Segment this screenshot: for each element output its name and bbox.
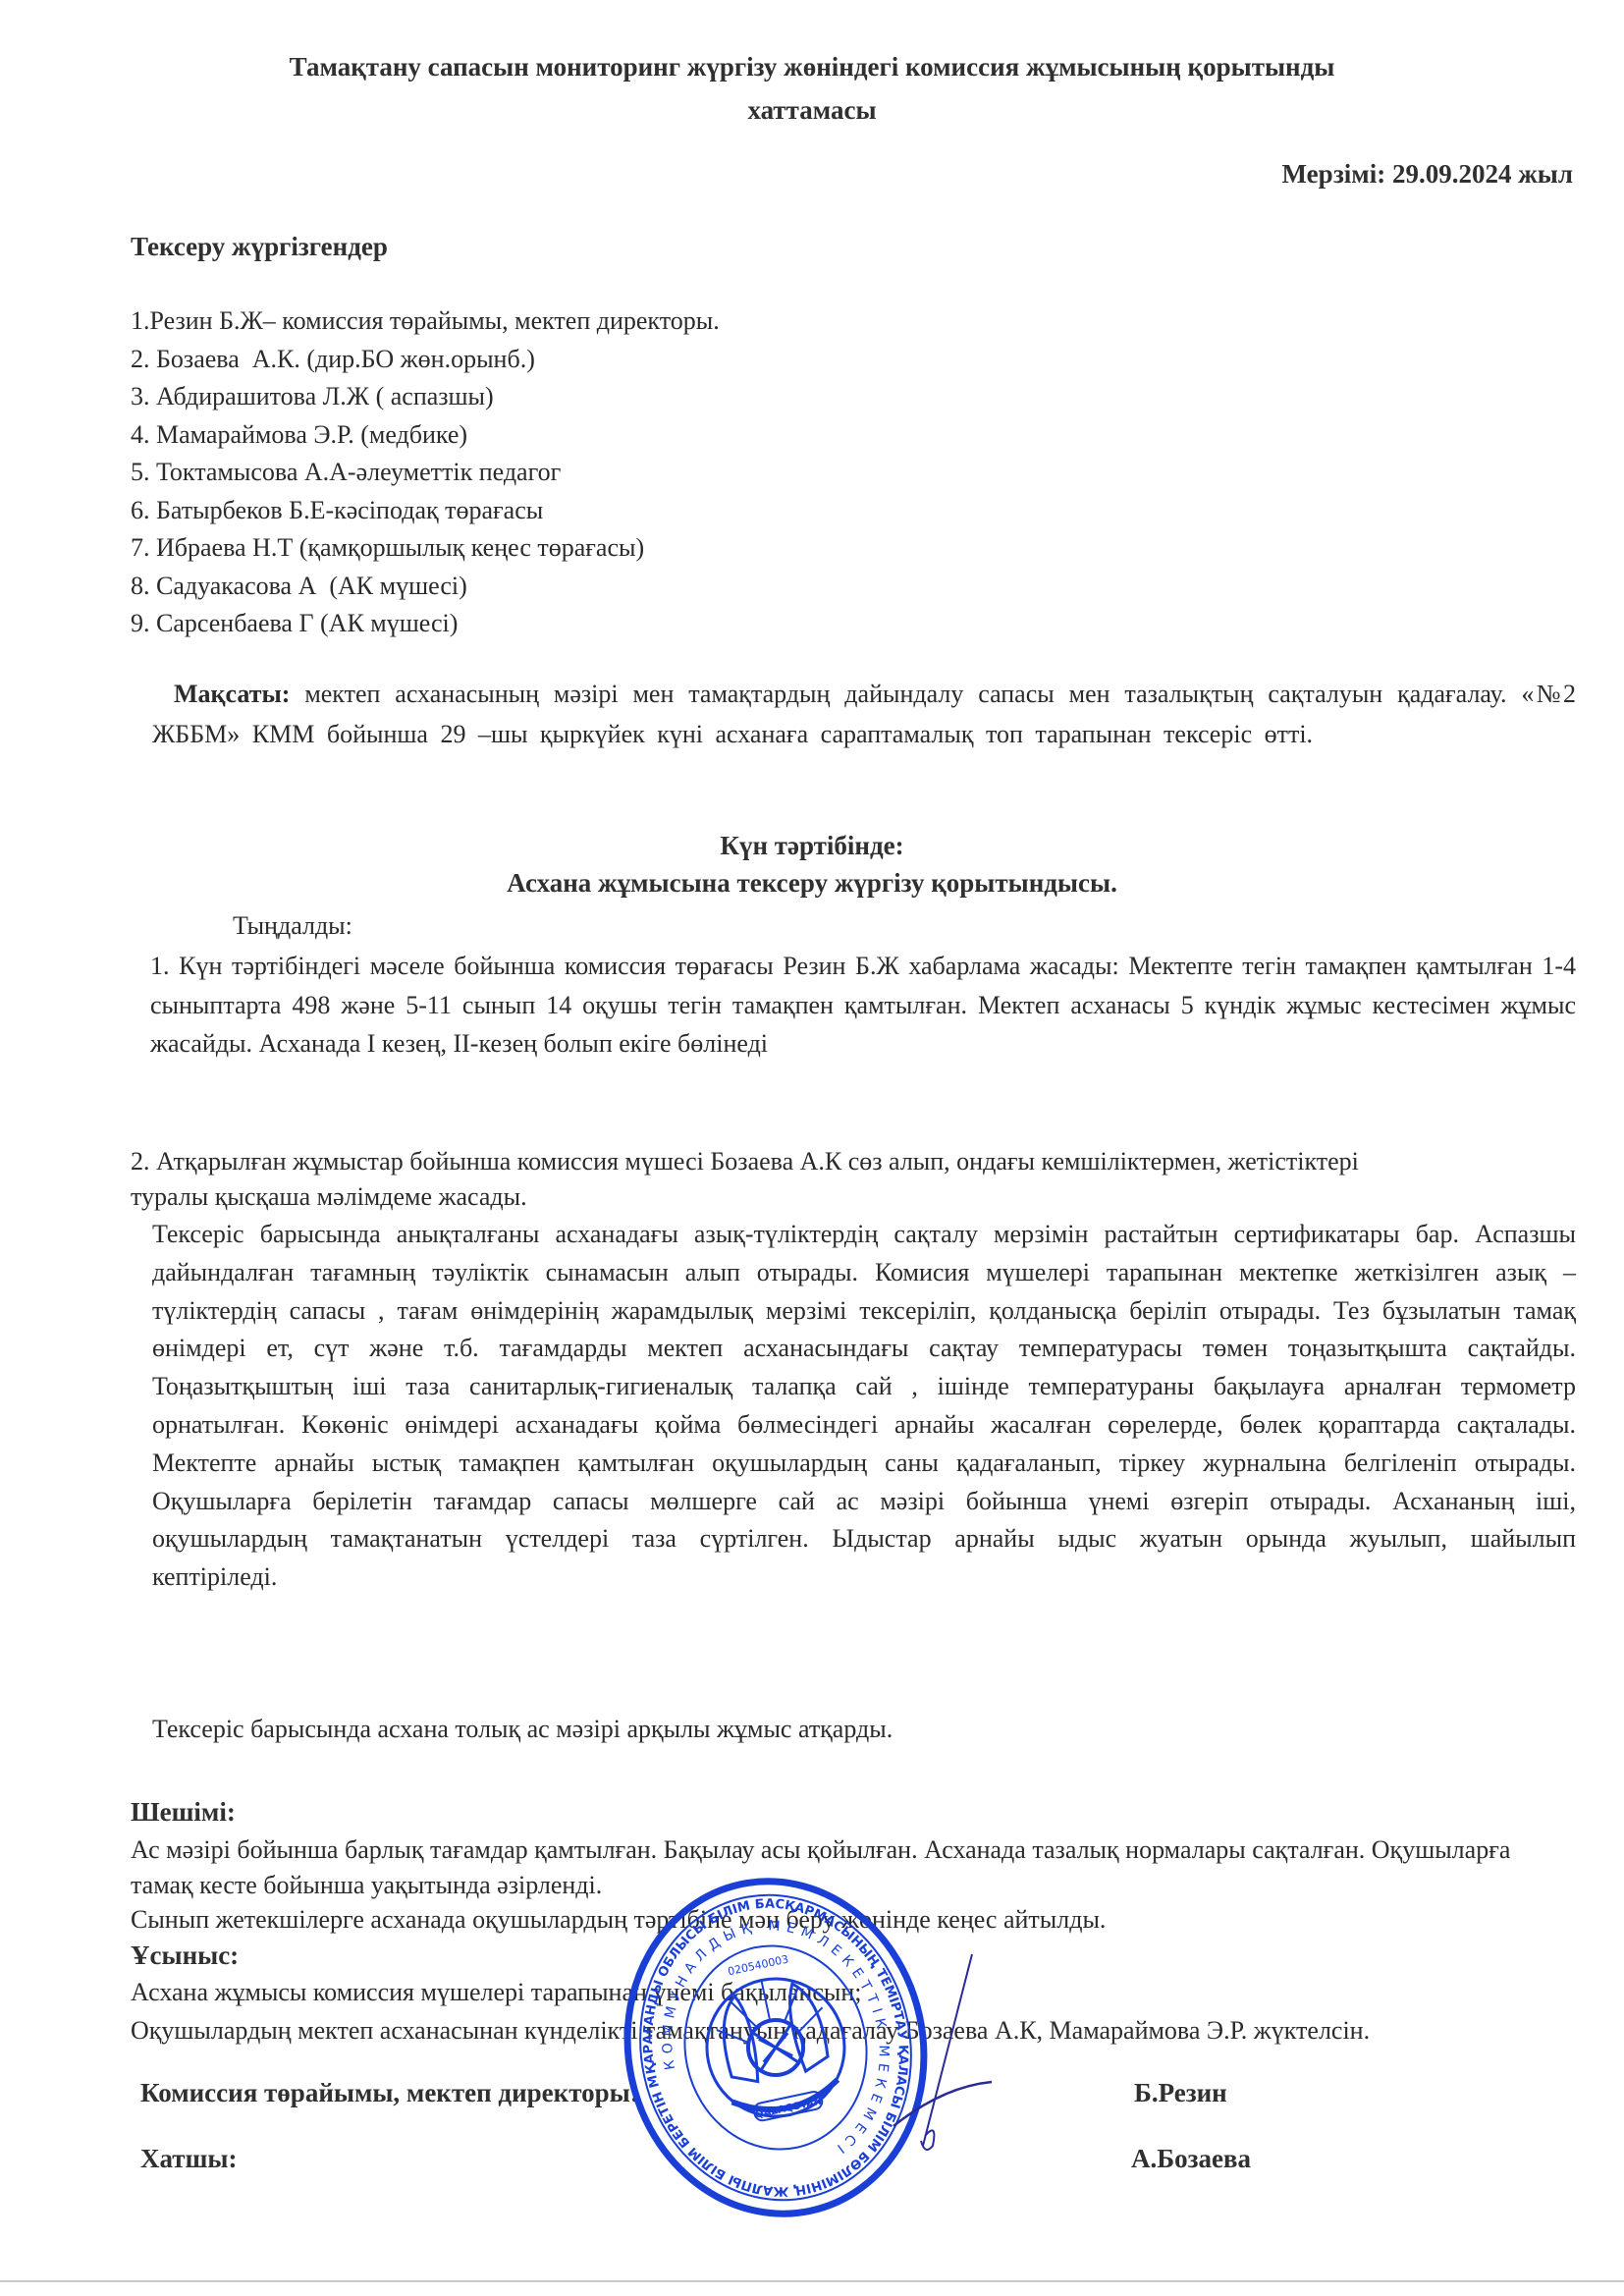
document-date: Мерзімі: 29.09.2024 жыл [1282, 159, 1574, 190]
title-line-1: Тамақтану сапасын мониторинг жүргізу жөн… [147, 45, 1477, 88]
inspectors-list: 1.Резин Б.Ж– комиссия төрайымы, мектеп д… [131, 302, 720, 643]
agenda-subheading: Асхана жұмысына тексеру жүргізу қорытынд… [147, 864, 1477, 902]
document-title: Тамақтану сапасын мониторинг жүргізу жөн… [147, 45, 1477, 132]
handwritten-signature [864, 1949, 1060, 2165]
signature-name-chair: Б.Резин [1134, 2078, 1227, 2108]
listened-item-2: 2. Атқарылған жұмыстар бойынша комиссия … [131, 1144, 1436, 1215]
signature-role-secretary: Хатшы: [140, 2144, 237, 2174]
agenda-heading: Күн тәртібінде: [147, 827, 1477, 864]
list-item: 2. Бозаева А.К. (дир.БО жөн.орынб.) [131, 341, 720, 379]
findings-paragraph: Тексеріс барысында анықталғаны асханадағ… [152, 1216, 1576, 1597]
signature-name-secretary: А.Бозаева [1131, 2144, 1251, 2174]
purpose-paragraph: Мақсаты: мектеп асханасының мәзірі мен т… [152, 674, 1576, 754]
list-item: 8. Садуакасова А (АК мүшесі) [131, 568, 720, 606]
list-item: 6. Батырбеков Б.Е-кәсіподақ төрағасы [131, 492, 720, 530]
signature-scribble-icon [864, 1949, 1060, 2165]
list-item: 1.Резин Б.Ж– комиссия төрайымы, мектеп д… [131, 302, 720, 341]
list-item: 9. Сарсенбаева Г (АК мүшесі) [131, 605, 720, 643]
stamp-emblem-label: QAZAQSTAN [754, 2097, 823, 2121]
stamp-id-text: 020540003 [727, 1952, 789, 1978]
purpose-label: Мақсаты: [174, 680, 290, 708]
title-line-2: хаттамасы [147, 88, 1477, 132]
decision-label: Шешімі: [131, 1797, 236, 1828]
agenda-block: Күн тәртібінде: Асхана жұмысына тексеру … [147, 827, 1477, 902]
purpose-text: мектеп асханасының мәзірі мен тамақтарды… [152, 680, 1576, 748]
page-bottom-edge [0, 2280, 1624, 2282]
list-item: 3. Абдирашитова Л.Ж ( аспазшы) [131, 378, 720, 416]
listened-item-1: 1. Күн тәртібіндегі мәселе бойынша комис… [150, 947, 1576, 1064]
signature-role-chair: Комиссия төрайымы, мектеп директоры: [140, 2078, 639, 2108]
list-item: 4. Мамараймова Э.Р. (медбике) [131, 416, 720, 455]
inspectors-heading: Тексеру жүргізгендер [131, 232, 388, 262]
listened-label: Тыңдалды: [233, 911, 352, 941]
findings-last-line: Тексеріс барысында асхана толық ас мәзір… [152, 1715, 893, 1744]
proposal-label: Ұсыныс: [131, 1941, 239, 1971]
list-item: 5. Токтамысова А.А-әлеуметтік педагог [131, 454, 720, 492]
list-item: 7. Ибраева Н.Т (қамқоршылық кеңес төраға… [131, 529, 720, 568]
